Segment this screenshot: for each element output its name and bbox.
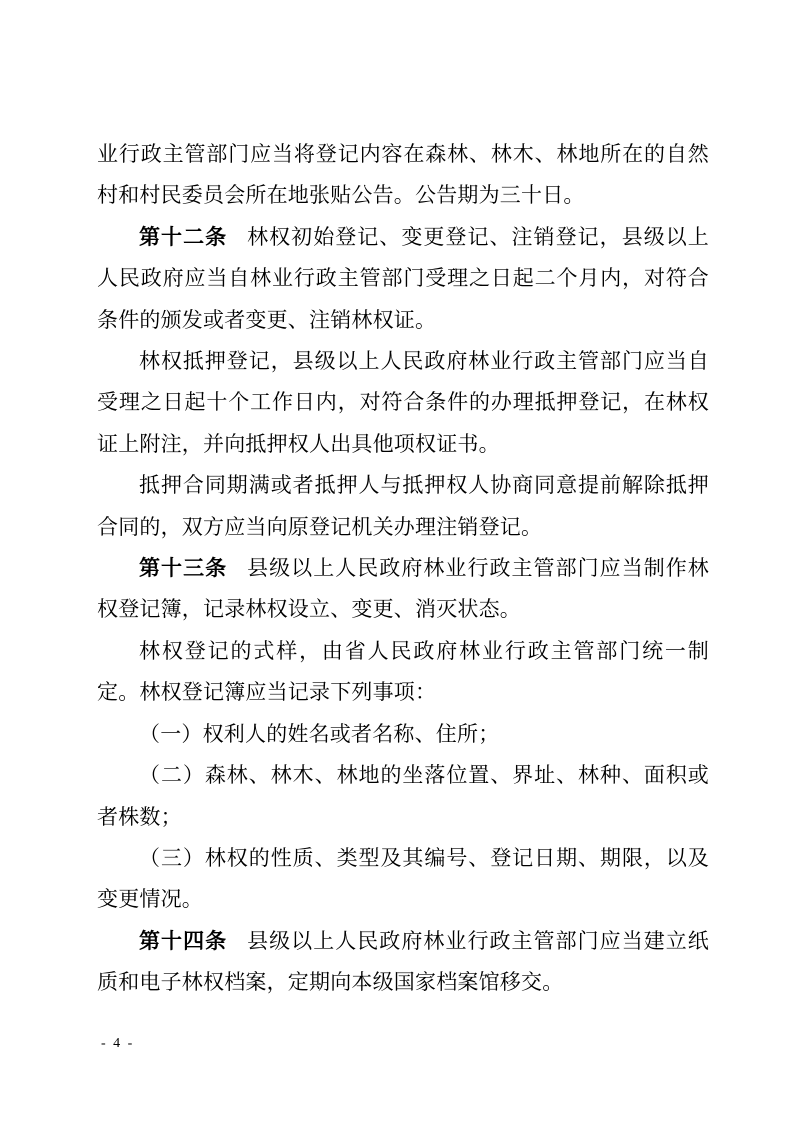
paragraph: （三）林权的性质、类型及其编号、登记日期、期限，以及变更情况。 <box>97 838 709 921</box>
article-number: 第十三条 <box>139 556 227 580</box>
paragraph-text: 业行政主管部门应当将登记内容在森林、林木、林地所在的自然村和村民委员会所在地张贴… <box>97 142 709 207</box>
paragraph: 第十三条县级以上人民政府林业行政主管部门应当制作林权登记簿，记录林权设立、变更、… <box>97 548 709 631</box>
document-body: 业行政主管部门应当将登记内容在森林、林木、林地所在的自然村和村民委员会所在地张贴… <box>97 134 709 1004</box>
paragraph: 林权抵押登记，县级以上人民政府林业行政主管部门应当自受理之日起十个工作日内，对符… <box>97 341 709 465</box>
paragraph: 第十二条林权初始登记、变更登记、注销登记，县级以上人民政府应当自林业行政主管部门… <box>97 217 709 341</box>
paragraph-text: 林权抵押登记，县级以上人民政府林业行政主管部门应当自受理之日起十个工作日内，对符… <box>97 349 709 456</box>
paragraph: 第十四条县级以上人民政府林业行政主管部门应当建立纸质和电子林权档案，定期向本级国… <box>97 921 709 1004</box>
article-number: 第十四条 <box>139 929 227 953</box>
paragraph: （二）森林、林木、林地的坐落位置、界址、林种、面积或者株数； <box>97 755 709 838</box>
paragraph: （一）权利人的姓名或者名称、住所； <box>97 714 709 755</box>
paragraph-text: （二）森林、林木、林地的坐落位置、界址、林种、面积或者株数； <box>97 763 709 828</box>
paragraph: 林权登记的式样，由省人民政府林业行政主管部门统一制定。林权登记簿应当记录下列事项… <box>97 631 709 714</box>
article-number: 第十二条 <box>139 225 227 249</box>
document-page: 业行政主管部门应当将登记内容在森林、林木、林地所在的自然村和村民委员会所在地张贴… <box>0 0 793 1122</box>
paragraph-text: （三）林权的性质、类型及其编号、登记日期、期限，以及变更情况。 <box>97 846 709 911</box>
paragraph: 抵押合同期满或者抵押人与抵押权人协商同意提前解除抵押合同的，双方应当向原登记机关… <box>97 465 709 548</box>
paragraph-text: （一）权利人的姓名或者名称、住所； <box>139 722 499 746</box>
page-number: - 4 - <box>101 1036 134 1052</box>
paragraph: 业行政主管部门应当将登记内容在森林、林木、林地所在的自然村和村民委员会所在地张贴… <box>97 134 709 217</box>
paragraph-text: 林权登记的式样，由省人民政府林业行政主管部门统一制定。林权登记簿应当记录下列事项… <box>97 639 709 704</box>
paragraph-text: 抵押合同期满或者抵押人与抵押权人协商同意提前解除抵押合同的，双方应当向原登记机关… <box>97 473 709 538</box>
